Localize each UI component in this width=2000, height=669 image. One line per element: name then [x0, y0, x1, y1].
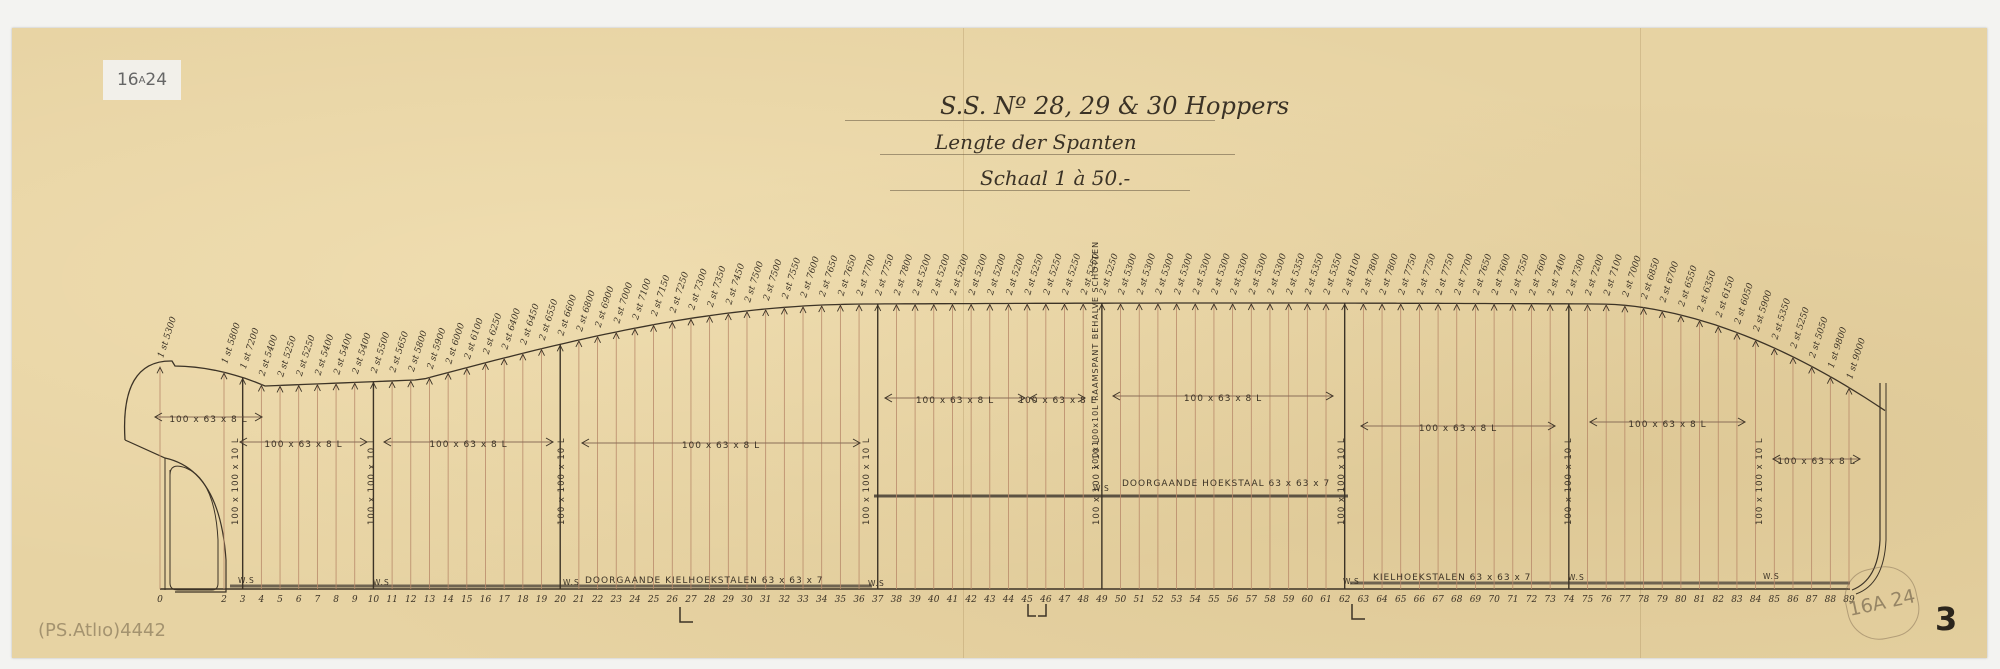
frame-number: 13 — [424, 595, 436, 605]
frame-number: 77 — [1619, 595, 1631, 605]
frame-length-label: 2 st 6450 — [519, 302, 542, 347]
angle-profile-label: 100 x 63 x 8 L — [169, 415, 247, 425]
frame-number: 41 — [946, 595, 958, 605]
ws-mark: W.S — [238, 576, 255, 585]
frame-number: 37 — [872, 595, 884, 605]
frame-number: 27 — [684, 595, 697, 605]
angle-profile-label: 100 x 63 x 8 L — [1628, 420, 1706, 430]
frame-length-label: 2 st 5350 — [1770, 297, 1793, 342]
frame-number: 71 — [1507, 595, 1518, 605]
frame-number: 17 — [498, 595, 510, 605]
frame-number: 7 — [315, 595, 321, 605]
angle-profile-label: 100 x 63 x 8 L — [1419, 424, 1497, 434]
frame-length-label: 2 st 6100 — [463, 317, 486, 362]
bow-outline-inner — [1856, 383, 1886, 594]
frame-length-label: 1 st 5300 — [156, 315, 179, 359]
frame-lengths-drawing: 01 st 530021 st 580031 st 720042 st 5400… — [0, 0, 2000, 669]
frame-number: 6 — [296, 595, 302, 605]
angle-profile-label: 100 x 63 x 8 L — [1018, 396, 1096, 406]
frame-number: 55 — [1208, 595, 1220, 605]
frame-length-label: 2 st 6400 — [500, 307, 523, 352]
frame-number: 23 — [610, 595, 623, 605]
frame-length-label: 2 st 6550 — [538, 298, 561, 343]
rudder-post-outline — [165, 458, 218, 590]
angle-profile-label: 100 x 63 x 8 L — [264, 440, 342, 450]
frame-length-label: 1 st 7200 — [239, 327, 262, 371]
frame-number: 21 — [572, 595, 584, 605]
frame-number: 87 — [1806, 595, 1818, 605]
frame-number: 59 — [1283, 595, 1295, 605]
frame-number: 84 — [1750, 595, 1762, 605]
bulkhead-label: 100 x 100 x 10 L — [862, 437, 872, 525]
angle-profile-label: 100 x 63 x 8 L — [1184, 394, 1262, 404]
frame-number: 57 — [1246, 595, 1258, 605]
frame-number: 61 — [1320, 595, 1331, 605]
bulkhead-label: 100 x 100 x 10 L — [367, 437, 377, 525]
ws-mark: W.S — [1763, 572, 1780, 581]
frame-number: 44 — [1002, 595, 1015, 605]
frame-number: 88 — [1825, 595, 1837, 605]
frame-number: 38 — [891, 595, 903, 605]
raamspant-note: 100x100x10L RAAMSPANT BEHALVE SCHOTTEN — [1091, 241, 1100, 470]
frame-number: 12 — [405, 595, 417, 605]
frame-number: 56 — [1227, 595, 1239, 605]
frame-number: 20 — [553, 595, 566, 605]
pencil-note: (PS.Atlıo)4442 — [38, 620, 166, 641]
frame-number: 19 — [536, 595, 548, 605]
frame-number: 9 — [352, 595, 358, 605]
bracket-mark-icon — [1352, 604, 1365, 619]
frame-number: 14 — [442, 595, 454, 605]
frame-number: 76 — [1600, 595, 1612, 605]
angle-profile-label: 100 x 63 x 8 L — [682, 441, 760, 451]
angle-profile-label: 100 x 63 x 8 L — [1777, 457, 1855, 467]
frame-number: 16 — [480, 595, 492, 605]
angle-profile-label: 100 x 63 x 8 L — [916, 396, 994, 406]
frame-number: 28 — [703, 595, 716, 605]
stamp-text: 16A 24 — [1847, 585, 1917, 621]
ws-mark: W.S — [373, 578, 390, 587]
frame-length-label: 2 st 6800 — [575, 289, 598, 334]
frame-number: 68 — [1451, 595, 1463, 605]
frame-number: 45 — [1020, 595, 1033, 605]
frame-number: 36 — [853, 595, 865, 605]
frame-length-label: 2 st 6250 — [482, 312, 505, 357]
frame-number: 33 — [797, 595, 809, 605]
frame-length-label: 2 st 5900 — [1752, 289, 1775, 334]
ws-mark: W.S — [563, 578, 580, 587]
frame-length-label: 2 st 6350 — [1696, 269, 1719, 314]
frame-number: 58 — [1264, 595, 1276, 605]
bulkhead-label: 100 x 100 x 10 L — [1755, 437, 1765, 525]
frame-length-label: 2 st 6050 — [1733, 282, 1756, 327]
frame-number: 82 — [1713, 595, 1725, 605]
frame-number: 65 — [1395, 595, 1407, 605]
frame-length-label: 2 st 6150 — [1714, 275, 1737, 320]
frame-number: 11 — [386, 595, 397, 605]
frame-number: 86 — [1787, 595, 1799, 605]
frame-number: 31 — [760, 595, 771, 605]
frame-number: 4 — [257, 595, 264, 605]
frame-length-label: 2 st 5050 — [1808, 315, 1831, 360]
bulkhead-label: 100 x 100 x 10 L — [231, 437, 241, 525]
frame-number: 24 — [628, 595, 641, 605]
frame-length-label: 2 st 6850 — [1640, 257, 1663, 302]
frame-number: 62 — [1339, 595, 1351, 605]
frame-number: 10 — [368, 595, 380, 605]
keel-note: DOORGAANDE KIELHOEKSTALEN 63 x 63 x 7 — [585, 576, 824, 586]
frame-number: 2 — [220, 595, 227, 605]
frame-number: 43 — [983, 595, 996, 605]
frame-number: 51 — [1134, 595, 1145, 605]
frame-number: 46 — [1039, 595, 1052, 605]
bulkhead-label: 100 x 100 x 10 L — [1564, 437, 1574, 525]
frame-number: 66 — [1414, 595, 1426, 605]
frame-number: 64 — [1376, 595, 1388, 605]
frame-number: 42 — [964, 595, 977, 605]
frame-length-label: 2 st 6550 — [1677, 264, 1700, 309]
ws-mark: W.S — [1568, 573, 1585, 582]
frame-number: 15 — [461, 595, 473, 605]
frame-number: 85 — [1769, 595, 1781, 605]
frame-number: 26 — [666, 595, 679, 605]
frame-number: 39 — [909, 595, 921, 605]
stern-outline — [125, 440, 226, 592]
frame-number: 35 — [835, 595, 847, 605]
frame-number: 70 — [1488, 595, 1500, 605]
frame-length-label: 1 st 9000 — [1845, 337, 1868, 381]
frame-number: 3 — [240, 595, 246, 605]
frame-number: 49 — [1095, 595, 1108, 605]
sheet-number: 3 — [1935, 600, 1957, 638]
frame-number: 48 — [1076, 595, 1089, 605]
frame-number: 29 — [722, 595, 735, 605]
frame-number: 83 — [1731, 595, 1743, 605]
frame-number: 0 — [157, 595, 163, 605]
frame-number: 79 — [1656, 595, 1668, 605]
frame-number: 54 — [1190, 595, 1202, 605]
frame-length-label: 1 st 5800 — [220, 321, 243, 365]
frame-number: 8 — [333, 595, 339, 605]
frame-length-label: 2 st 6900 — [594, 285, 617, 330]
frame-number: 53 — [1171, 595, 1183, 605]
frame-length-label: 2 st 6000 — [444, 322, 467, 367]
frame-number: 47 — [1058, 595, 1071, 605]
frame-number: 81 — [1694, 595, 1705, 605]
frame-number: 40 — [927, 595, 940, 605]
bracket-mark-icon — [680, 607, 693, 622]
bulkhead-label: 100 x 100 x 10 L — [1337, 437, 1347, 525]
frame-number: 60 — [1302, 595, 1314, 605]
bracket-mark-icon — [1028, 604, 1046, 616]
frame-number: 80 — [1675, 595, 1687, 605]
frame-number: 18 — [517, 595, 529, 605]
frame-number: 75 — [1582, 595, 1594, 605]
frame-number: 5 — [277, 595, 283, 605]
angle-profile-label: 100 x 63 x 8 L — [429, 440, 507, 450]
frame-number: 74 — [1563, 595, 1575, 605]
frame-number: 52 — [1152, 595, 1164, 605]
frame-number: 67 — [1432, 595, 1444, 605]
ws-mark: W.S — [1093, 484, 1110, 493]
frame-number: 25 — [647, 595, 660, 605]
frame-number: 30 — [741, 595, 753, 605]
frame-number: 78 — [1638, 595, 1650, 605]
frame-length-label: 2 st 5250 — [1789, 306, 1812, 351]
keel-note: DOORGAANDE HOEKSTAAL 63 x 63 x 7 — [1122, 479, 1330, 489]
frame-number: 34 — [816, 595, 828, 605]
bow-outline — [1852, 383, 1880, 590]
frame-number: 73 — [1544, 595, 1556, 605]
frame-length-label: 2 st 6700 — [1658, 260, 1681, 305]
frame-number: 50 — [1115, 595, 1127, 605]
frame-number: 63 — [1358, 595, 1370, 605]
bulkhead-label: 100 x 100 x 10 L — [557, 437, 567, 525]
ws-mark: W.S — [868, 579, 885, 588]
frame-number: 72 — [1526, 595, 1538, 605]
frame-number: 22 — [591, 595, 604, 605]
keel-note: KIELHOEKSTALEN 63 x 63 x 7 — [1373, 573, 1531, 583]
frame-length-label: 1 st 9800 — [1827, 326, 1850, 370]
frame-number: 69 — [1470, 595, 1482, 605]
frame-number: 32 — [779, 595, 791, 605]
frame-length-label: 2 st 6600 — [556, 293, 579, 338]
ws-mark: W.S — [1343, 577, 1360, 586]
